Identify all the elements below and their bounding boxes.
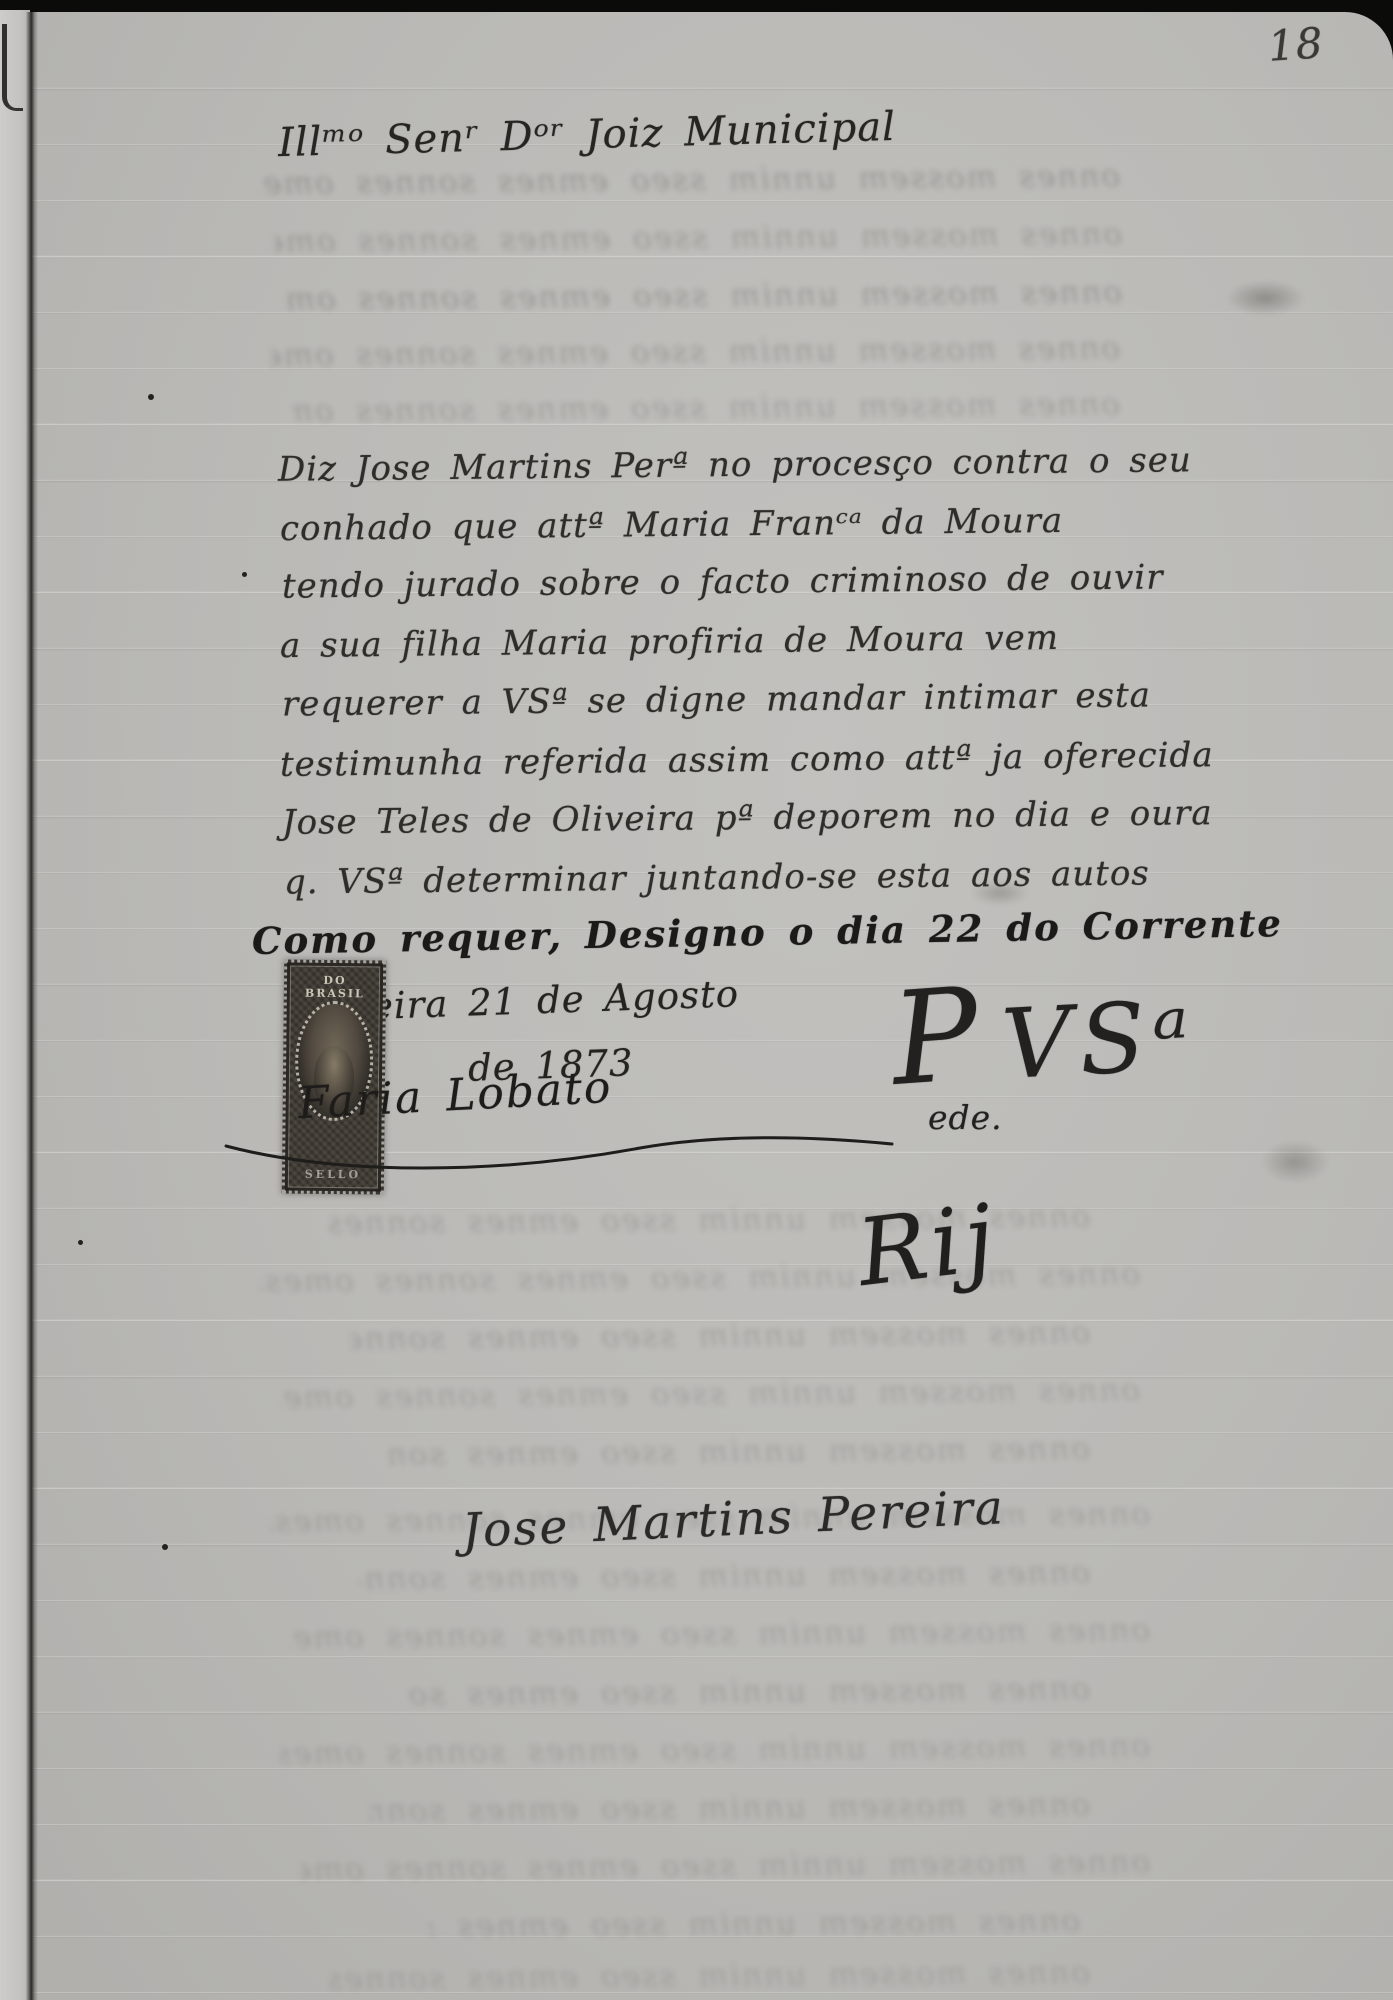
ink-smudge xyxy=(1225,280,1305,316)
bleed-through-line: onnes mossem unnim sseo emnes sonnes ome… xyxy=(260,158,1120,202)
petition-line: tendo jurado sobre o facto criminoso de … xyxy=(282,557,1164,606)
bleed-through-line: onnes mossem unnim sseo emnes sonnes ome… xyxy=(280,1728,1150,1772)
bleed-through-line: onnes mossem unnim sseo emnes sonnes ome… xyxy=(280,1372,1140,1416)
petition-line: a sua filha Maria profiria de Moura vem xyxy=(280,618,1059,666)
ink-speck xyxy=(78,1240,83,1245)
petitioner-signature: Jose Martins Pereira xyxy=(461,1480,1006,1559)
bleed-through-line: onnes mossem unnim sseo emnes sonnes ome… xyxy=(360,1555,1090,1597)
petition-line: conhado que attª Maria Franᶜᵃ da Moura xyxy=(280,501,1064,549)
bleed-through-line: onnes mossem unnim sseo emnes sonnes ome… xyxy=(270,330,1120,373)
binding-mark xyxy=(2,24,23,111)
ink-speck xyxy=(242,572,247,577)
binding-seam xyxy=(26,12,38,2000)
petition-line: requerer a VSª se digne mandar intimar e… xyxy=(282,675,1151,724)
ink-speck xyxy=(162,1544,168,1550)
petition-line: Jose Teles de Oliveira pª deporem no dia… xyxy=(282,793,1213,843)
petition-line: Diz Jose Martins Perª no procesço contra… xyxy=(278,440,1192,490)
bleed-through-line: onnes mossem unnim sseo emnes sonnes ome… xyxy=(274,216,1122,259)
salutation-line: Illᵐᵒ Senʳ Dᵒʳ Joiz Municipal xyxy=(278,104,897,166)
page-number: 18 xyxy=(1266,18,1325,71)
stamp-country-text: DO BRASIL xyxy=(291,974,379,1001)
ink-smudge xyxy=(1260,1140,1330,1184)
bleed-through-line: onnes mossem unnim sseo emnes sonnes ome… xyxy=(330,1955,1090,1998)
bleed-through-line: onnes mossem unnim sseo emnes sonnes ome… xyxy=(390,1431,1090,1473)
vossa-senhoria-abbrev: VSᵃ xyxy=(1000,987,1200,1093)
scanned-manuscript: { "document": { "page_number": "18", "sa… xyxy=(0,0,1393,2000)
bleed-through-line: onnes mossem unnim sseo emnes sonnes ome… xyxy=(410,1671,1090,1713)
bleed-through-line: onnes mossem unnim sseo emnes sonnes ome… xyxy=(350,1315,1090,1357)
manuscript-page: 18 Illᵐᵒ Senʳ Dᵒʳ Joiz Municipal Diz Jos… xyxy=(30,12,1393,2000)
judge-despacho-line: Como requer, Designo o dia 22 do Corrent… xyxy=(252,901,1284,963)
bleed-through-line: onnes mossem unnim sseo emnes sonnes ome… xyxy=(282,274,1122,317)
bleed-through-line: onnes mossem unnim sseo emnes sonnes ome… xyxy=(260,1256,1140,1300)
ink-speck xyxy=(148,394,154,400)
bleed-through-line: onnes mossem unnim sseo emnes sonnes ome… xyxy=(292,386,1120,429)
judge-rubric: Rij xyxy=(853,1192,1002,1300)
bleed-through-line: onnes mossem unnim sseo emnes sonnes ome… xyxy=(370,1787,1090,1829)
petition-line: testimunha referida assim como attª ja o… xyxy=(280,735,1214,785)
pede-word-rest: ede. xyxy=(928,1098,1003,1137)
bleed-through-line: onnes mossem unnim sseo emnes sonnes ome… xyxy=(290,1612,1150,1656)
bleed-through-line: onnes mossem unnim sseo emnes sonnes ome… xyxy=(430,1903,1080,1945)
bleed-through-line: onnes mossem unnim sseo emnes sonnes ome… xyxy=(300,1844,1150,1887)
signature-flourish xyxy=(220,1104,900,1184)
pede-initial: P xyxy=(888,971,984,1105)
petition-line: q. VSª determinar juntando-se esta aos a… xyxy=(284,853,1150,902)
